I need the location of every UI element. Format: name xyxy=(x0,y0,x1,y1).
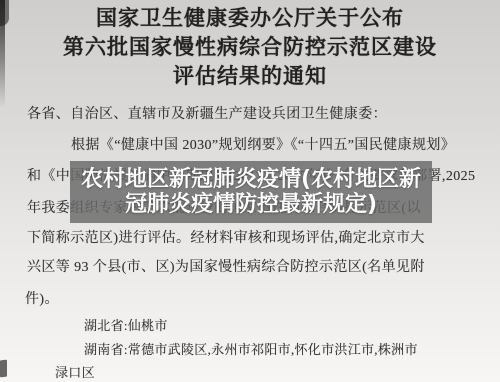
province-line-hubei: 湖北省:仙桃市 xyxy=(84,317,168,335)
body-line-4: 下简称示范区)进行评估。经材料审核和现场评估,确定北京市大 xyxy=(27,230,425,248)
notice-title: 国家卫生健康委办公厅关于公布 第六批国家慢性病综合防控示范区建设 评估结果的通知 xyxy=(0,4,500,91)
salutation-line: 各省、自治区、直辖市及新疆生产建设兵团卫生健康委： xyxy=(27,106,387,124)
document-page: 国家卫生健康委办公厅关于公布 第六批国家慢性病综合防控示范区建设 评估结果的通知… xyxy=(0,0,500,382)
notice-title-line-1: 国家卫生健康委办公厅关于公布 xyxy=(0,4,500,33)
page-corner-mark-bottom-left xyxy=(0,360,7,378)
body-line-5: 兴区等 93 个县(市、区)为国家慢性病综合防控示范区(名单见附 xyxy=(27,259,425,277)
caption-overlay: 农村地区新冠肺炎疫情(农村地区新 冠肺炎疫情防控最新规定) xyxy=(70,161,432,223)
province-line-hunan: 湖南省:常德市武陵区,永州市祁阳市,怀化市洪江市,株洲市 xyxy=(84,341,418,359)
notice-title-line-3: 评估结果的通知 xyxy=(0,62,500,91)
caption-overlay-line-2: 冠肺炎疫情防控最新规定) xyxy=(125,192,377,217)
notice-title-line-2: 第六批国家慢性病综合防控示范区建设 xyxy=(0,33,500,62)
body-line-6: 件)。 xyxy=(25,291,59,309)
caption-overlay-line-1: 农村地区新冠肺炎疫情(农村地区新 xyxy=(81,167,421,192)
province-line-hunan-wrap: 渌口区 xyxy=(55,364,95,382)
body-line-1: 根据《“健康中国 2030”规划纲要》《“十四五”国民健康规划》 xyxy=(71,137,455,155)
